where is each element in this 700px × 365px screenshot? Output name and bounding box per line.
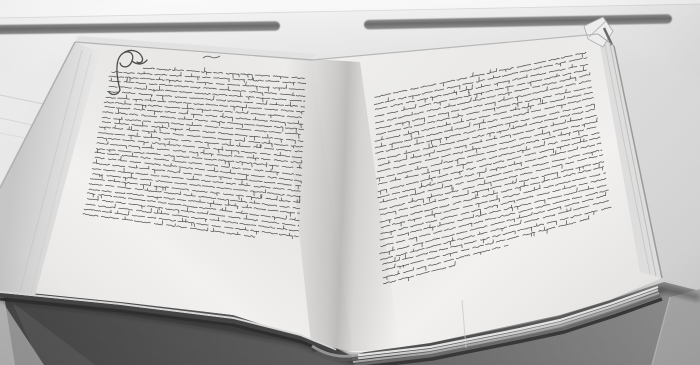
museum-display-photo xyxy=(0,0,700,365)
photo-canvas xyxy=(0,0,700,365)
photo-vignette xyxy=(0,0,700,365)
